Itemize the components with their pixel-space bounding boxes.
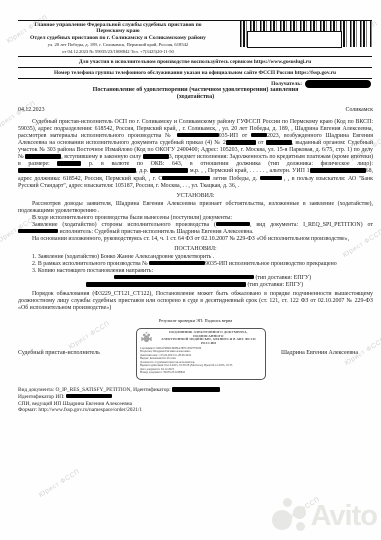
signer-name: Шадрина Евгения Алексеевна [266,350,373,357]
redaction-bar [310,168,366,173]
document-metadata: Вид документа: O_IP_RES_SATISFY_PETITION… [18,387,373,414]
document-title-line2: (ходатайства) [18,94,373,101]
redaction-bar [86,282,246,287]
redaction-bar [172,387,220,392]
postanovil-heading: ПОСТАНОВИЛ: [18,246,373,253]
electronic-signature-stamp: ПОДЛИННИК ЭЛЕКТРОННОГО ДОКУМЕНТА, ПОДПИС… [136,328,266,380]
coat-of-arms-icon [140,331,153,344]
document-ref-line: от 04.12.2023 № 59035/23/1008842 Тел. +7… [20,49,216,54]
org-address: ул. 20 лет Победы, д. 189, г. Соликамск,… [20,42,216,47]
redaction-bar [18,168,136,173]
resolution-item-3: 3. Копию настоящего постановления направ… [18,268,373,275]
delivery-line-2: (тип доставки: ЕПГУ) [86,282,373,289]
document-title-line1: Постановление об удовлетворении (частичн… [18,87,373,94]
avito-logo-text: Avito [311,500,377,533]
divider [18,78,372,79]
ip-identifier-line: Идентификатор ИП: [18,394,373,401]
gosuslugi-note: Для участия в исполнительном производств… [18,59,372,65]
redaction-bar [266,140,292,145]
org-name-line2: Отдел судебных приставов по г. Соликамск… [20,35,216,41]
watermark-text: Юрист ФССП [38,468,81,499]
redaction-white-box [247,31,342,48]
ustanovil-paragraph-3: Заявление (ходатайство) стороны исполнит… [18,222,373,236]
redaction-bar [177,133,219,138]
org-name-line1: Главное управление Федеральной службы су… [20,22,216,35]
doc-type-line: Вид документа: O_IP_RES_SATISFY_PETITION… [18,387,373,394]
redaction-bar [150,168,188,173]
divider [18,67,372,68]
avito-circles-icon [272,498,308,534]
ustanovil-paragraph-4: На основании изложенного, руководствуясь… [18,236,373,243]
redaction-bar [114,275,254,280]
signature-row: Судебный пристав-исполнитель [18,328,373,380]
ustanovil-paragraph-1: Рассмотрев доводы заявителя, Шадрина Евг… [18,201,373,215]
resolution-item-1: 1. Заявление (ходатайство) Бонко Жанне А… [18,254,373,261]
divider [18,20,372,21]
signer-position: Судебный пристав-исполнитель [18,350,136,357]
letterhead: Главное управление Федеральной службы су… [20,22,216,54]
resolution-item-2: 2. В рамках исполнительного производства… [18,261,373,268]
document-page: Юрист ФССП Юрист ФССП Юрист ФССП Юрист Ф… [0,0,381,540]
stamp-title: ПОДЛИННИК ЭЛЕКТРОННОГО ДОКУМЕНТА, ПОДПИС… [155,331,262,345]
redaction-bar [251,133,267,138]
ustanovil-heading: УСТАНОВИЛ: [18,193,373,200]
ustanovil-paragraph-2: В ходе исполнительного производства были… [18,215,373,222]
phone-note: Номер телефона группы телефонного обслуж… [18,70,372,76]
redaction-bar [66,394,112,399]
preamble-paragraph: Судебный пристав-исполнитель ОСП по г. С… [18,119,373,190]
divider [18,56,372,57]
redaction-bar [25,154,61,159]
redaction-bar [143,154,169,159]
document-city: Соликамск [346,107,373,114]
appeal-paragraph: Порядок обжалования (Ф3229_СТ121_СТ122),… [18,291,373,312]
stamp-certificate-lines: Сертификат: 04D415866C6D80A3B7C2D27F5E60… [140,347,262,375]
redaction-bar [162,176,210,181]
document-body: Постановление об удовлетворении (частичн… [18,87,373,414]
delivery-line-1: (тип доставки: ЕПГУ) [114,275,373,282]
redaction-bar [226,140,256,145]
redaction-bar [57,161,81,166]
redaction-bar [149,261,205,266]
format-line: Формат: http://www.fssp.gov.ru/namespace… [18,407,373,414]
dateline: 04.12.2023 Соликамск [18,107,373,114]
document-date: 04.12.2023 [18,107,45,114]
avito-logo: Avito [272,498,377,534]
signature-verify-line: Результат проверки ЭП: Подпись верна [18,318,373,325]
redaction-bar [18,229,58,234]
redaction-bar [216,222,250,227]
redaction-bar [260,176,282,181]
